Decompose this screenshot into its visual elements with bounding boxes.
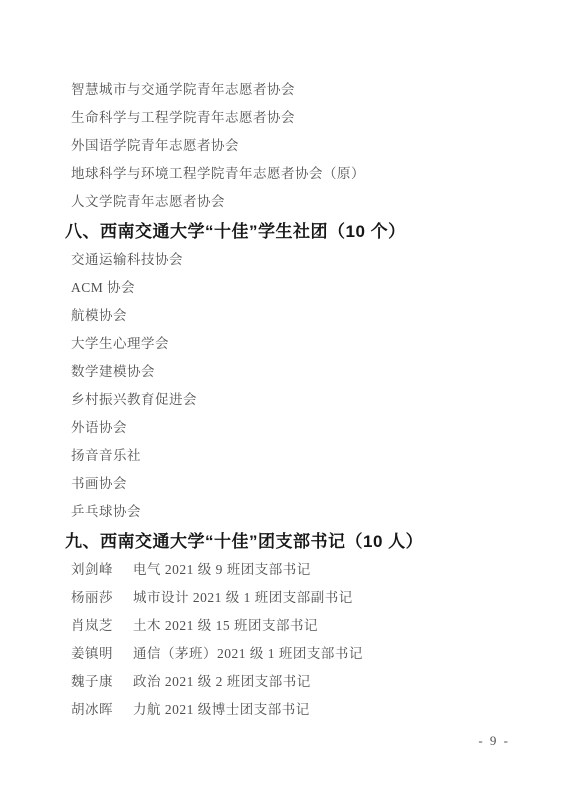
- secretary-role: 城市设计 2021 级 1 班团支部副书记: [133, 586, 353, 606]
- secretary-name: 胡冰晖: [71, 698, 133, 718]
- document-page: 智慧城市与交通学院青年志愿者协会生命科学与工程学院青年志愿者协会外国语学院青年志…: [0, 0, 565, 800]
- student-club-item: 乒乓球协会: [71, 496, 545, 524]
- secretary-name: 肖岚芝: [71, 614, 133, 634]
- league-secretary-row: 肖岚芝 土木 2021 级 15 班团支部书记: [71, 610, 545, 638]
- secretary-name: 杨丽莎: [71, 586, 133, 606]
- league-secretary-row: 魏子康 政治 2021 级 2 班团支部书记: [71, 666, 545, 694]
- student-club-item: 交通运输科技协会: [71, 244, 545, 272]
- page-number: - 9 -: [478, 733, 510, 749]
- student-club-item: ACM 协会: [71, 272, 545, 300]
- league-secretary-row: 杨丽莎 城市设计 2021 级 1 班团支部副书记: [71, 582, 545, 610]
- student-club-item: 大学生心理学会: [71, 328, 545, 356]
- section-8-heading: 八、西南交通大学“十佳”学生社团（10 个）: [65, 214, 545, 244]
- volunteer-association-item: 智慧城市与交通学院青年志愿者协会: [71, 74, 545, 102]
- student-club-item: 书画协会: [71, 468, 545, 496]
- student-club-list: 交通运输科技协会ACM 协会航模协会大学生心理学会数学建模协会乡村振兴教育促进会…: [71, 244, 545, 524]
- section-9-heading: 九、西南交通大学“十佳”团支部书记（10 人）: [65, 524, 545, 554]
- league-secretary-row: 刘剑峰 电气 2021 级 9 班团支部书记: [71, 554, 545, 582]
- volunteer-association-list: 智慧城市与交通学院青年志愿者协会生命科学与工程学院青年志愿者协会外国语学院青年志…: [71, 74, 545, 214]
- page-content: 智慧城市与交通学院青年志愿者协会生命科学与工程学院青年志愿者协会外国语学院青年志…: [71, 74, 545, 722]
- secretary-role: 土木 2021 级 15 班团支部书记: [133, 614, 318, 634]
- volunteer-association-item: 生命科学与工程学院青年志愿者协会: [71, 102, 545, 130]
- secretary-role: 电气 2021 级 9 班团支部书记: [133, 558, 311, 578]
- volunteer-association-item: 地球科学与环境工程学院青年志愿者协会（原）: [71, 158, 545, 186]
- student-club-item: 数学建模协会: [71, 356, 545, 384]
- volunteer-association-item: 人文学院青年志愿者协会: [71, 186, 545, 214]
- secretary-role: 力航 2021 级博士团支部书记: [133, 698, 310, 718]
- secretary-name: 姜镇明: [71, 642, 133, 662]
- student-club-item: 外语协会: [71, 412, 545, 440]
- secretary-name: 刘剑峰: [71, 558, 133, 578]
- student-club-item: 扬音音乐社: [71, 440, 545, 468]
- secretary-role: 政治 2021 级 2 班团支部书记: [133, 670, 311, 690]
- secretary-name: 魏子康: [71, 670, 133, 690]
- league-secretary-row: 姜镇明 通信（茅班）2021 级 1 班团支部书记: [71, 638, 545, 666]
- volunteer-association-item: 外国语学院青年志愿者协会: [71, 130, 545, 158]
- league-secretary-list: 刘剑峰 电气 2021 级 9 班团支部书记 杨丽莎 城市设计 2021 级 1…: [71, 554, 545, 722]
- student-club-item: 乡村振兴教育促进会: [71, 384, 545, 412]
- student-club-item: 航模协会: [71, 300, 545, 328]
- league-secretary-row: 胡冰晖 力航 2021 级博士团支部书记: [71, 694, 545, 722]
- secretary-role: 通信（茅班）2021 级 1 班团支部书记: [133, 642, 363, 662]
